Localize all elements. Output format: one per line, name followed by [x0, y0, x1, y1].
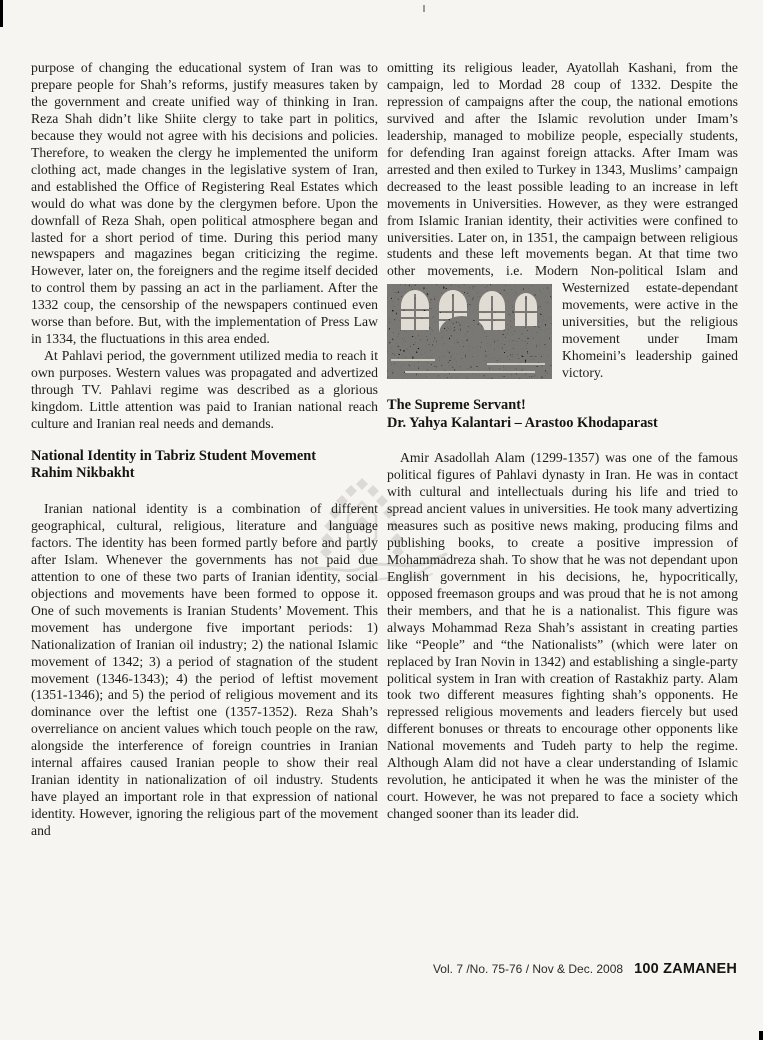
student-demonstration-photo: [387, 284, 552, 379]
paragraph-press-control: purpose of changing the educational syst…: [31, 60, 378, 348]
page-number-brand: 100 ZAMANEH: [634, 961, 737, 977]
paragraph-text-beside-photo: movements, were active in the universiti…: [562, 297, 738, 380]
left-column: purpose of changing the educational syst…: [31, 60, 378, 840]
two-column-text-area: purpose of changing the educational syst…: [31, 60, 738, 840]
page-footer: Vol. 7 /No. 75-76 / Nov & Dec. 2008 100 …: [433, 961, 737, 977]
section-heading-supreme-servant: The Supreme Servant! Dr. Yahya Kalantari…: [387, 397, 738, 432]
section-author: Dr. Yahya Kalantari – Arastoo Khodaparas…: [387, 415, 738, 433]
section-author: Rahim Nikbakht: [31, 465, 378, 483]
scan-artifact-speck: [423, 5, 425, 12]
issue-info: Vol. 7 /No. 75-76 / Nov & Dec. 2008: [433, 962, 623, 976]
section-title: The Supreme Servant!: [387, 397, 738, 415]
section-title: National Identity in Tabriz Student Move…: [31, 448, 378, 466]
scanned-journal-page: purpose of changing the educational syst…: [0, 0, 763, 1040]
paragraph-pahlavi-media: At Pahlavi period, the government utiliz…: [31, 348, 378, 433]
section-heading-tabriz: National Identity in Tabriz Student Move…: [31, 448, 378, 483]
paragraph-alam: Amir Asadollah Alam (1299-1357) was one …: [387, 450, 738, 823]
scan-artifact-bottom-right: [759, 1031, 763, 1040]
scan-artifact-top-left: [0, 0, 3, 27]
paragraph-islamic-revolution: omitting its religious leader, Ayatollah…: [387, 60, 738, 382]
paragraph-national-identity: Iranian national identity is a combinati…: [31, 501, 378, 840]
paragraph-text-before-photo: omitting its religious leader, Ayatollah…: [387, 60, 738, 295]
right-column: omitting its religious leader, Ayatollah…: [387, 60, 738, 840]
